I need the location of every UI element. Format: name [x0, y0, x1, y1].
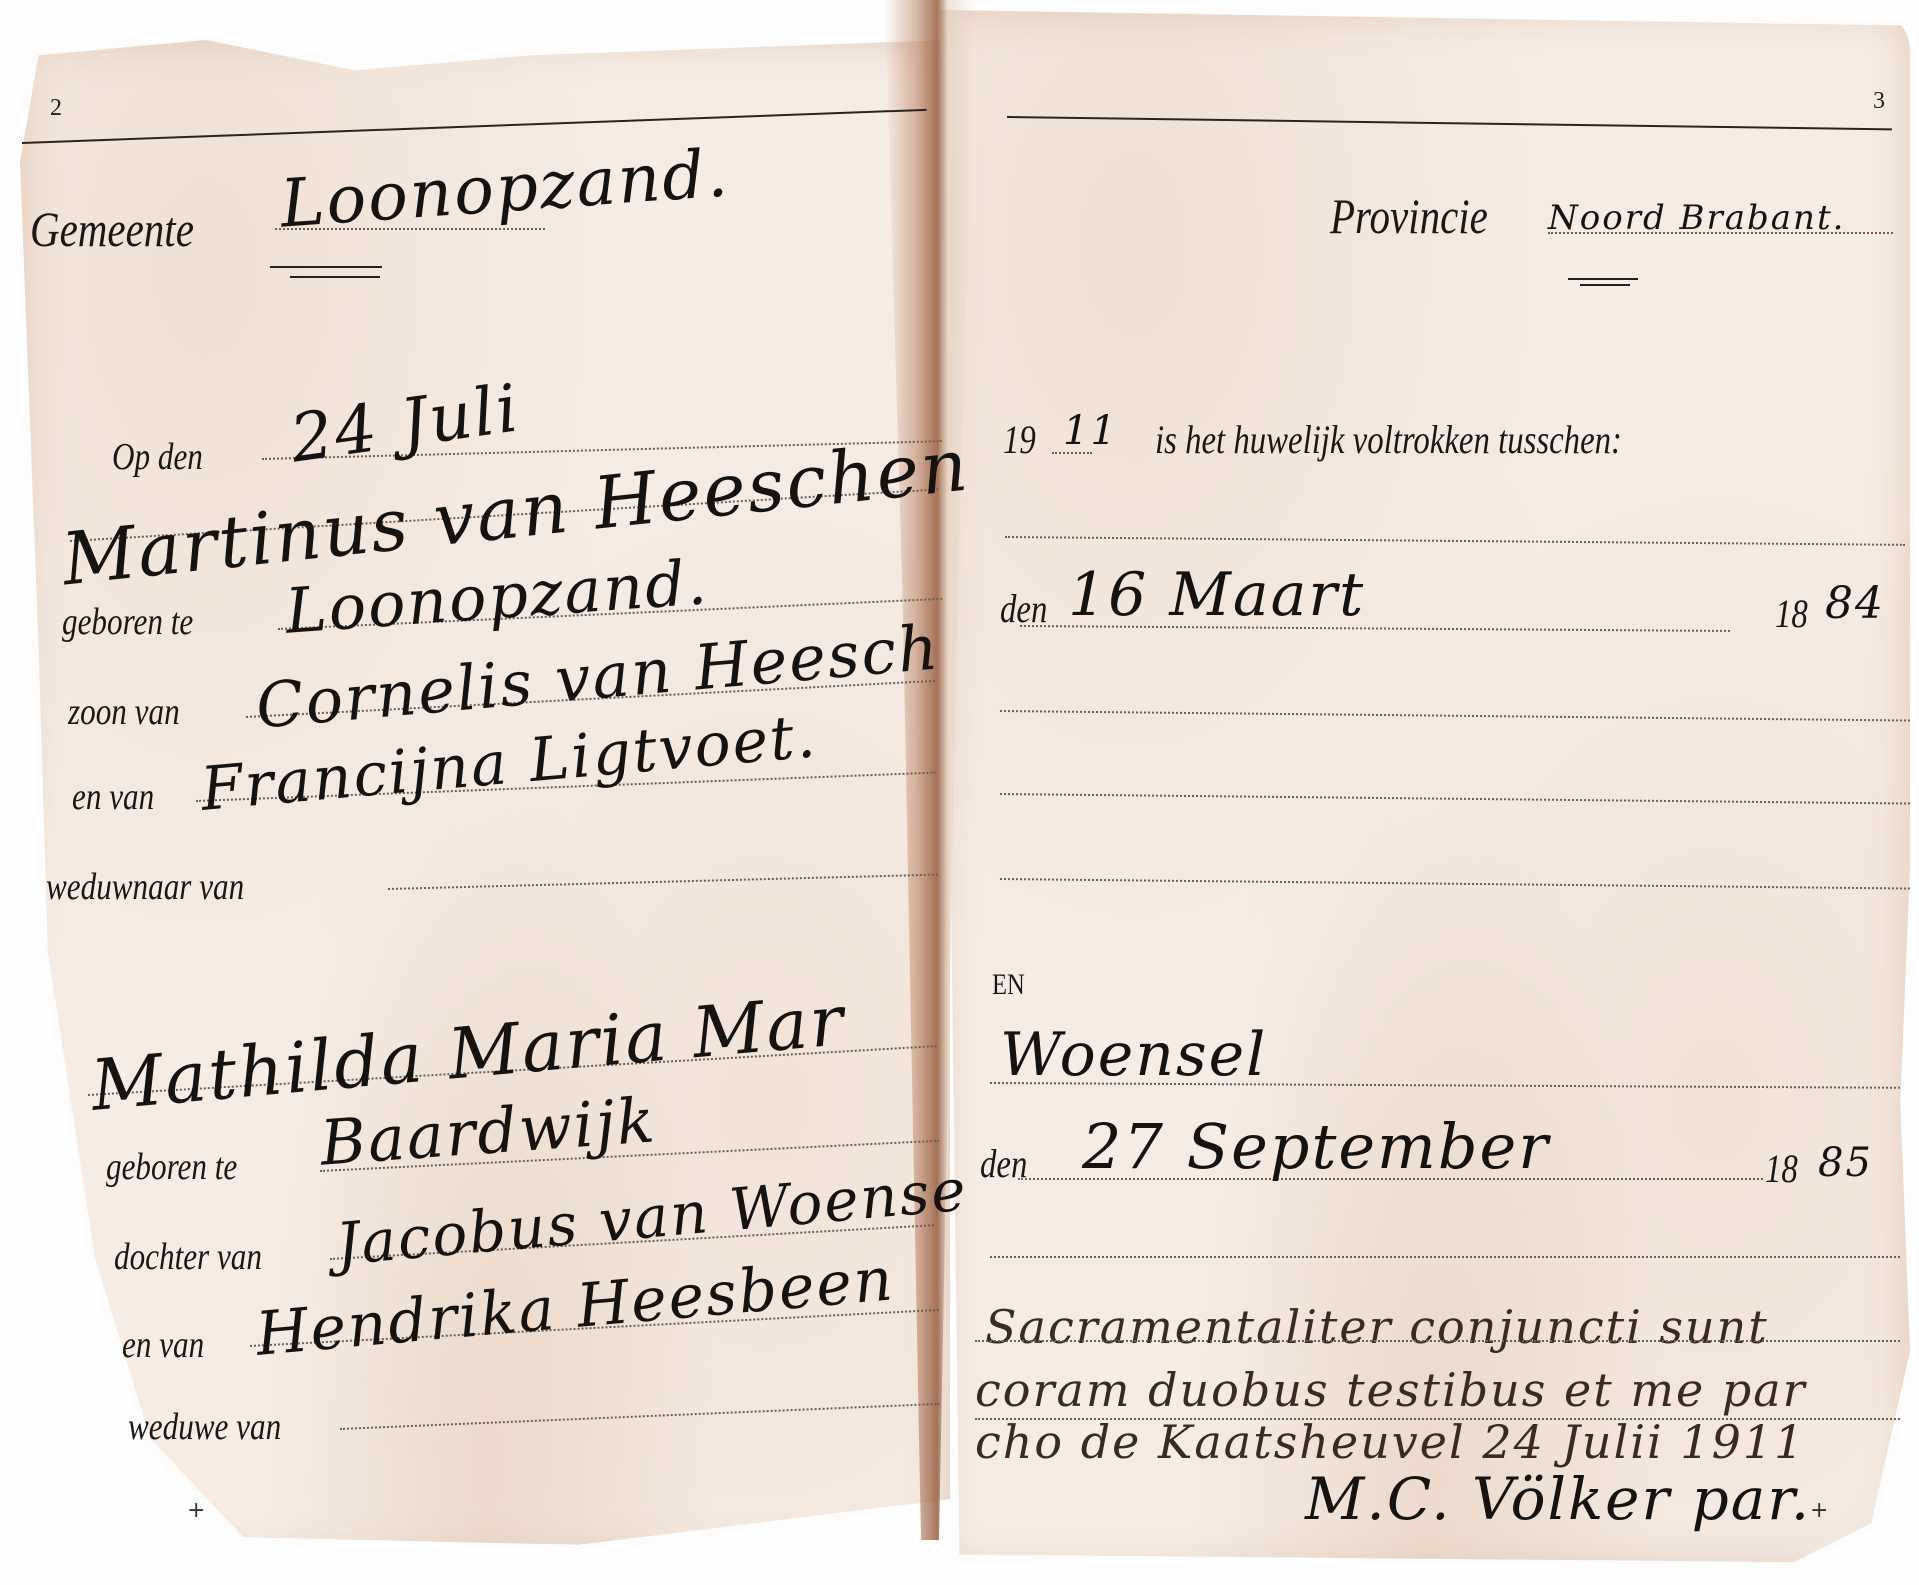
priest-signature: M.C. Völker par. [1305, 1465, 1811, 1533]
page-number-right: 3 [1873, 88, 1885, 115]
dotted-line [975, 1340, 1900, 1342]
dotted-line [990, 1256, 1900, 1258]
label-dochter-van: dochter van [114, 1235, 262, 1279]
label-geboren-te-bride: geboren te [106, 1145, 237, 1189]
year-prefix: 19 [1003, 416, 1036, 463]
bride-birth-year-suffix: 85 [1818, 1140, 1873, 1186]
label-weduwnaar-van: weduwnaar van [46, 865, 244, 909]
marriage-statement: is het huwelijk voltrokken tusschen: [1155, 416, 1622, 463]
groom-birth-year-prefix: 18 [1775, 590, 1808, 637]
church-note-line-2: coram duobus testibus et me par [975, 1363, 1807, 1417]
crosshair-mark: + [187, 1498, 205, 1523]
marriage-year-suffix: 11 [1063, 408, 1118, 454]
provincie-label: Provincie [1330, 187, 1488, 245]
label-geboren-te: geboren te [62, 600, 193, 644]
dotted-line [1052, 452, 1092, 454]
bride-birthplace-right: Woensel [1000, 1020, 1267, 1090]
double-rule [1580, 284, 1630, 286]
label-en-van: en van [72, 775, 154, 819]
church-note-line-3: cho de Kaatsheuvel 24 Julii 1911 [975, 1415, 1805, 1469]
double-rule [290, 276, 380, 278]
label-zoon-van: zoon van [68, 690, 180, 734]
label-weduwe-van: weduwe van [128, 1405, 281, 1449]
double-rule [270, 266, 382, 268]
page-number-left: 2 [50, 95, 62, 122]
church-note-line-1: Sacramentaliter conjuncti sunt [985, 1300, 1769, 1354]
gemeente-label: Gemeente [30, 200, 194, 258]
bride-birth-year-prefix: 18 [1765, 1145, 1798, 1192]
provincie-value: Noord Brabant. [1548, 198, 1845, 238]
label-en-van-bride: en van [122, 1323, 204, 1367]
label-op-den: Op den [112, 435, 203, 479]
groom-birth-date: 16 Maart [1068, 560, 1365, 630]
double-rule [1568, 278, 1638, 280]
groom-birth-year-suffix: 84 [1825, 578, 1885, 629]
bride-birth-date: 27 September [1082, 1110, 1550, 1183]
crosshair-mark-right: + [1810, 1498, 1828, 1523]
en-label: EN [992, 968, 1025, 1002]
